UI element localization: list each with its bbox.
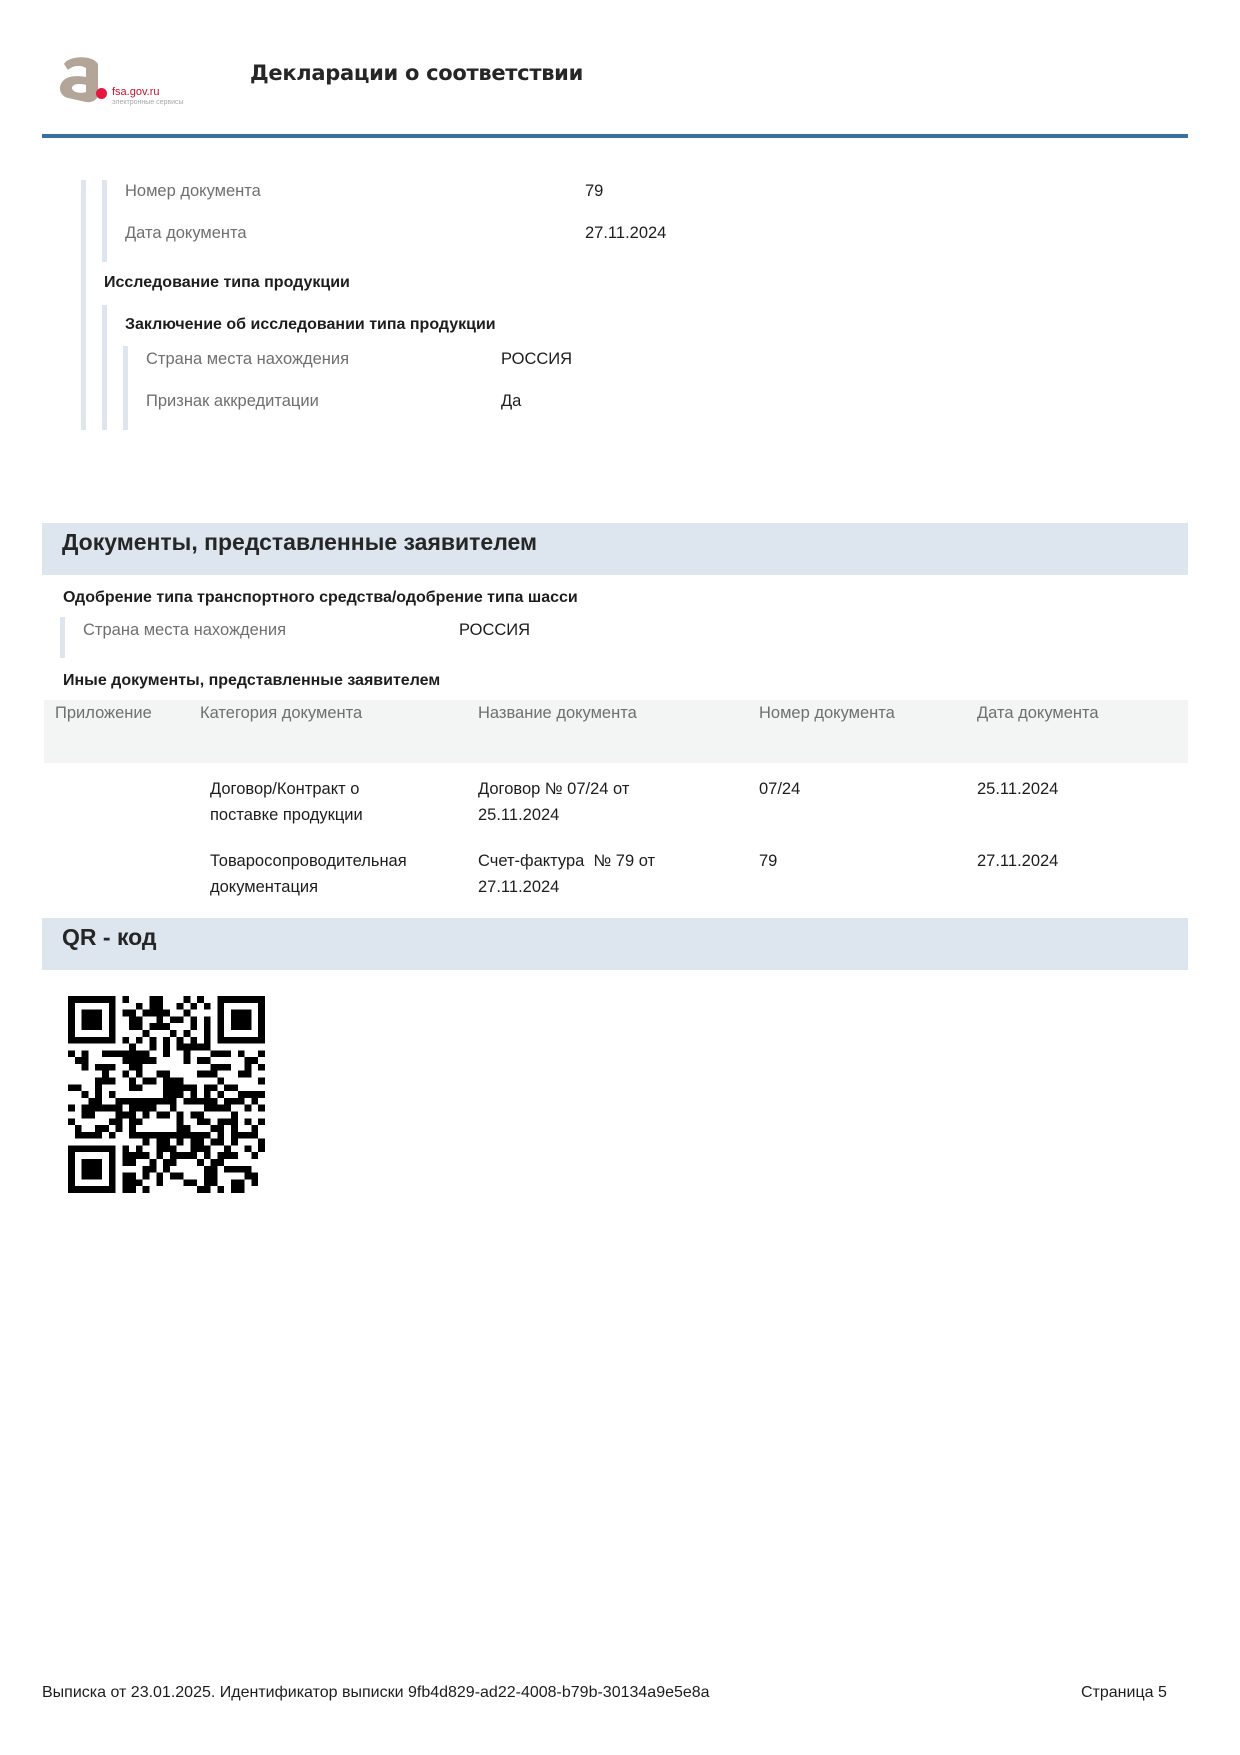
field-label-country: Страна места нахождения bbox=[83, 621, 286, 640]
column-header-number: Номер документа bbox=[759, 704, 895, 723]
cell-date: 27.11.2024 bbox=[977, 848, 1058, 874]
subsection-title-conclusion: Заключение об исследовании типа продукци… bbox=[125, 316, 496, 334]
tree-bar-level1 bbox=[81, 180, 86, 430]
logo-subtitle: электронные сервисы bbox=[112, 99, 184, 106]
section-title-applicant-documents: Документы, представленные заявителем bbox=[62, 529, 537, 556]
field-value-country: РОССИЯ bbox=[501, 350, 572, 369]
section-header-qr bbox=[42, 918, 1188, 970]
field-value-doc-date: 27.11.2024 bbox=[585, 224, 666, 243]
column-header-category: Категория документа bbox=[200, 704, 362, 723]
logo-dot-icon bbox=[96, 88, 107, 99]
fsa-logo-icon bbox=[58, 54, 102, 104]
qr-code-icon bbox=[68, 996, 265, 1193]
column-header-attachment: Приложение bbox=[55, 704, 152, 723]
field-label-doc-number: Номер документа bbox=[125, 182, 261, 201]
tree-bar-level3 bbox=[123, 346, 128, 430]
subsection-title-product-type-study: Исследование типа продукции bbox=[104, 274, 350, 292]
field-value-doc-number: 79 bbox=[585, 182, 603, 201]
footer-extract-info: Выписка от 23.01.2025. Идентификатор вып… bbox=[42, 1684, 710, 1702]
tree-bar-level2 bbox=[102, 180, 107, 262]
page-title: Декларации о соответствии bbox=[250, 61, 583, 85]
cell-name: Договор № 07/24 от 25.11.2024 bbox=[478, 776, 629, 828]
field-label-accreditation: Признак аккредитации bbox=[146, 392, 319, 411]
field-label-doc-date: Дата документа bbox=[125, 224, 247, 243]
cell-name: Счет-фактура № 79 от 27.11.2024 bbox=[478, 848, 655, 900]
column-header-name: Название документа bbox=[478, 704, 637, 723]
header-divider bbox=[42, 134, 1188, 138]
footer-page-number: Страница 5 bbox=[1081, 1684, 1167, 1702]
field-value-accreditation: Да bbox=[501, 392, 521, 411]
cell-number: 79 bbox=[759, 848, 777, 874]
tree-bar-type-approval bbox=[60, 617, 65, 658]
field-value-country: РОССИЯ bbox=[459, 621, 530, 640]
column-header-date: Дата документа bbox=[977, 704, 1099, 723]
subsection-title-other-documents: Иные документы, представленные заявителе… bbox=[63, 672, 440, 690]
cell-number: 07/24 bbox=[759, 776, 800, 802]
subsection-title-type-approval: Одобрение типа транспортного средства/од… bbox=[63, 589, 578, 607]
cell-category: Товаросопроводительная документация bbox=[210, 848, 407, 900]
cell-category: Договор/Контракт о поставке продукции bbox=[210, 776, 363, 828]
section-title-qr: QR - код bbox=[62, 924, 157, 951]
logo-site-text: fsa.gov.ru bbox=[112, 86, 160, 98]
cell-date: 25.11.2024 bbox=[977, 776, 1058, 802]
field-label-country: Страна места нахождения bbox=[146, 350, 349, 369]
tree-bar-level2 bbox=[102, 305, 107, 430]
